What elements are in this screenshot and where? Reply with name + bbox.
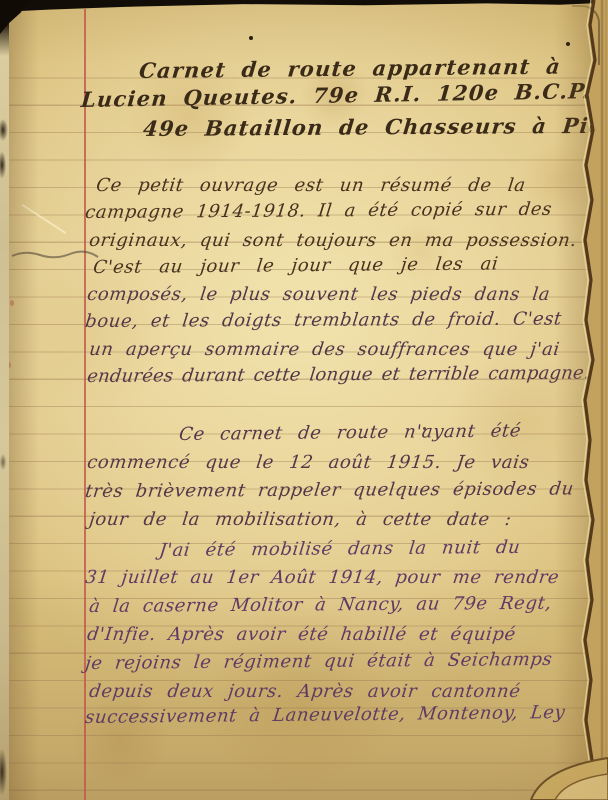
paragraph1-line-1: Ce petit ouvrage est un résumé de la [95, 175, 527, 196]
ink-speck [423, 427, 426, 430]
top-right-corner-curl [572, 5, 600, 65]
paragraph1-line-2: campagne 1914-1918. Il a été copié sur d… [84, 199, 553, 223]
paragraph1-line-3: originaux, qui sont toujours en ma posse… [88, 230, 578, 251]
scanned-manuscript-page: Carnet de route appartenant à Lucien Que… [0, 0, 608, 800]
paragraph1-line-8: endurées durant cette longue et terrible… [86, 362, 591, 387]
paragraph2-line-2: commencé que le 12 août 1915. Je vais [86, 452, 531, 473]
paragraph2-line-1: Ce carnet de route n'ayant été [178, 420, 522, 445]
ink-speck [249, 36, 253, 40]
left-page-edge [0, 0, 9, 800]
paragraph3-line-3: à la caserne Molitor à Nancy, au 79e Reg… [88, 593, 553, 617]
left-gutter-shadow [9, 0, 39, 800]
paragraph3-line-1: J'ai été mobilisé dans la nuit du [158, 537, 522, 561]
torn-right-edge [574, 0, 608, 800]
title-line-3: 49e Bataillon de Chasseurs à Pied. [142, 113, 608, 141]
paragraph2-line-3: très brièvement rappeler quelques épisod… [84, 478, 575, 502]
paragraph1-line-7: un aperçu sommaire des souffrances que j… [88, 339, 561, 360]
title-line-1: Carnet de route appartenant à [138, 54, 562, 83]
bottom-right-corner-curl [513, 730, 608, 800]
red-margin-line [84, 9, 86, 800]
paragraph3-line-6: depuis deux jours. Après avoir cantonné [88, 681, 522, 702]
paragraph3-line-2: 31 juillet au 1er Août 1914, pour me ren… [84, 567, 561, 588]
paragraph1-line-5: composés, le plus souvent les pieds dans… [86, 284, 551, 305]
paragraph1-line-4: C'est au jour le jour que je les ai [92, 253, 500, 278]
paragraph1-line-6: boue, et les doigts tremblants de froid.… [84, 309, 563, 332]
paragraph3-line-4: d'Infie. Après avoir été habillé et équi… [86, 624, 517, 645]
paragraph2-line-4: jour de la mobilisation, à cette date : [88, 509, 513, 530]
paragraph3-line-5: je rejoins le régiment qui était à Seich… [84, 649, 554, 674]
